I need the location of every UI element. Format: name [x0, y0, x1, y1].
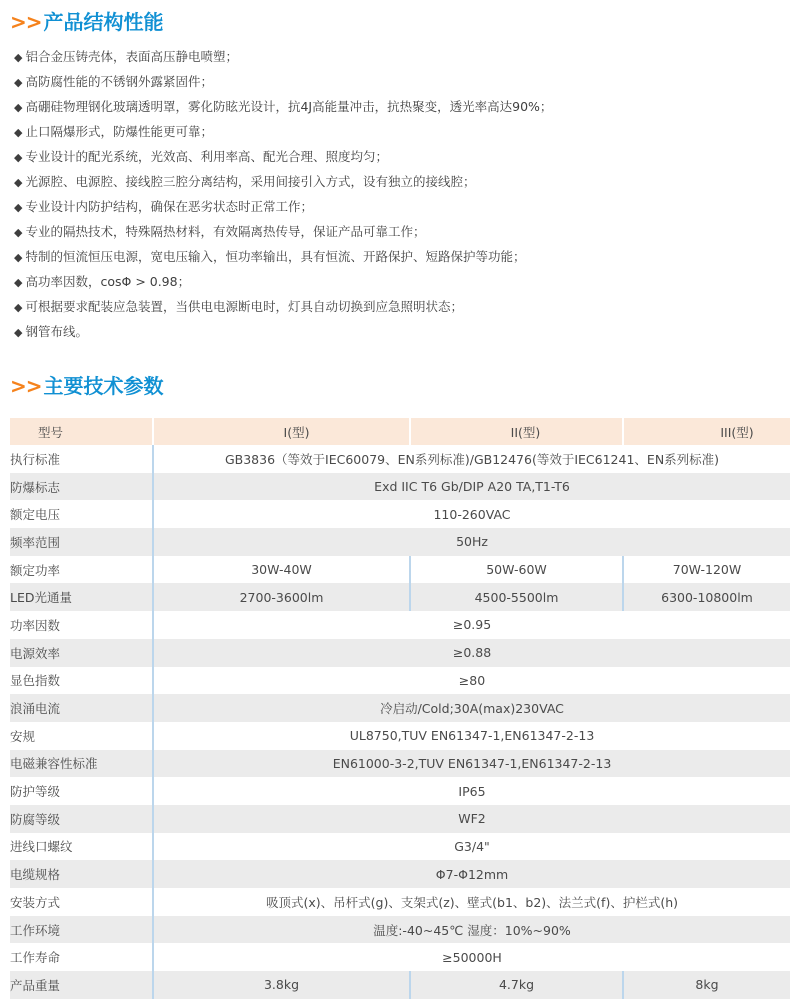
- feature-text: 专业的隔热技术，特殊隔热材料，有效隔离热传导，保证产品可靠工作；: [25, 224, 425, 239]
- header-cell-model: 型号: [10, 418, 153, 445]
- row-value: ≥0.95: [153, 611, 790, 639]
- diamond-bullet-icon: ◆: [14, 226, 22, 239]
- table-row: 防护等级 IP65: [10, 777, 790, 805]
- row-value: Φ7-Φ12mm: [153, 860, 790, 888]
- table-row: 工作寿命 ≥50000H: [10, 943, 790, 971]
- table-row: LED光通量 2700-3600lm 4500-5500lm 6300-1080…: [10, 583, 790, 611]
- chevrons-icon: >>: [10, 374, 42, 398]
- header-cell-type3: III(型): [623, 418, 790, 445]
- row-label: 防护等级: [10, 777, 153, 805]
- row-value-type2: 50W-60W: [410, 556, 623, 584]
- specs-table: 型号 I(型) II(型) III(型) 执行标准 GB3836（等效于IEC6…: [10, 418, 790, 999]
- feature-text: 高防腐性能的不锈钢外露紧固件；: [25, 74, 213, 89]
- row-label: 额定功率: [10, 556, 153, 584]
- feature-item: ◆铝合金压铸壳体，表面高压静电喷塑；: [14, 44, 790, 69]
- table-row: 功率因数 ≥0.95: [10, 611, 790, 639]
- table-row: 电缆规格 Φ7-Φ12mm: [10, 860, 790, 888]
- section-specs: >>主要技术参数 型号 I(型) II(型) III(型) 执行标准 GB383…: [10, 374, 790, 999]
- row-label: 工作环境: [10, 916, 153, 944]
- row-value: ≥0.88: [153, 639, 790, 667]
- table-row: 防爆标志 Exd IIC T6 Gb/DIP A20 TA,T1-T6: [10, 473, 790, 501]
- feature-item: ◆高硼硅物理钢化玻璃透明罩，雾化防眩光设计，抗4J高能量冲击，抗热聚变，透光率高…: [14, 94, 790, 119]
- diamond-bullet-icon: ◆: [14, 251, 22, 264]
- page: { "sections": { "features": { "marker": …: [0, 0, 800, 1000]
- table-row: 执行标准 GB3836（等效于IEC60079、EN系列标准)/GB12476(…: [10, 445, 790, 473]
- feature-item: ◆高防腐性能的不锈钢外露紧固件；: [14, 69, 790, 94]
- feature-text: 铝合金压铸壳体，表面高压静电喷塑；: [25, 49, 238, 64]
- row-value-type2: 4.7kg: [410, 971, 623, 999]
- row-value: 吸顶式(x)、吊杆式(g)、支架式(z)、壁式(b1、b2)、法兰式(f)、护栏…: [153, 888, 790, 916]
- row-label: 额定电压: [10, 500, 153, 528]
- feature-item: ◆光源腔、电源腔、接线腔三腔分离结构，采用间接引入方式，设有独立的接线腔；: [14, 169, 790, 194]
- row-value-type1: 30W-40W: [153, 556, 410, 584]
- row-value: EN61000-3-2,TUV EN61347-1,EN61347-2-13: [153, 750, 790, 778]
- row-value: 冷启动/Cold;30A(max)230VAC: [153, 694, 790, 722]
- row-value: IP65: [153, 777, 790, 805]
- specs-table-body: 执行标准 GB3836（等效于IEC60079、EN系列标准)/GB12476(…: [10, 445, 790, 999]
- row-label: 电磁兼容性标准: [10, 750, 153, 778]
- row-value: 50Hz: [153, 528, 790, 556]
- row-value: 温度:-40~45℃ 湿度：10%~90%: [153, 916, 790, 944]
- feature-list: ◆铝合金压铸壳体，表面高压静电喷塑； ◆高防腐性能的不锈钢外露紧固件； ◆高硼硅…: [10, 44, 790, 344]
- table-row: 安规 UL8750,TUV EN61347-1,EN61347-2-13: [10, 722, 790, 750]
- row-label: 安装方式: [10, 888, 153, 916]
- row-label: 电源效率: [10, 639, 153, 667]
- row-label: 浪涌电流: [10, 694, 153, 722]
- table-row: 防腐等级 WF2: [10, 805, 790, 833]
- row-label: 防爆标志: [10, 473, 153, 501]
- row-label: 执行标准: [10, 445, 153, 473]
- row-label: 频率范围: [10, 528, 153, 556]
- table-header-row: 型号 I(型) II(型) III(型): [10, 418, 790, 445]
- row-label: 产品重量: [10, 971, 153, 999]
- table-row: 工作环境 温度:-40~45℃ 湿度：10%~90%: [10, 916, 790, 944]
- row-value-type2: 4500-5500lm: [410, 583, 623, 611]
- row-label: LED光通量: [10, 583, 153, 611]
- table-row: 频率范围 50Hz: [10, 528, 790, 556]
- section-title-parameters: >>主要技术参数: [10, 374, 790, 398]
- feature-item: ◆可根据要求配装应急装置，当供电电源断电时，灯具自动切换到应急照明状态；: [14, 294, 790, 319]
- diamond-bullet-icon: ◆: [14, 51, 22, 64]
- feature-item: ◆止口隔爆形式，防爆性能更可靠；: [14, 119, 790, 144]
- table-row: 产品重量 3.8kg 4.7kg 8kg: [10, 971, 790, 999]
- document: >>产品结构性能 ◆铝合金压铸壳体，表面高压静电喷塑； ◆高防腐性能的不锈钢外露…: [0, 0, 800, 999]
- feature-item: ◆高功率因数，cosΦ > 0.98；: [14, 269, 790, 294]
- diamond-bullet-icon: ◆: [14, 301, 22, 314]
- diamond-bullet-icon: ◆: [14, 101, 22, 114]
- section-title-text: 主要技术参数: [44, 374, 164, 398]
- row-value-type3: 70W-120W: [623, 556, 790, 584]
- row-value: ≥80: [153, 667, 790, 695]
- diamond-bullet-icon: ◆: [14, 326, 22, 339]
- row-label: 工作寿命: [10, 943, 153, 971]
- feature-text: 可根据要求配装应急装置，当供电电源断电时，灯具自动切换到应急照明状态；: [25, 299, 463, 314]
- feature-item: ◆专业设计内防护结构，确保在恶劣状态时正常工作；: [14, 194, 790, 219]
- chevrons-icon: >>: [10, 10, 42, 34]
- table-row: 电源效率 ≥0.88: [10, 639, 790, 667]
- diamond-bullet-icon: ◆: [14, 126, 22, 139]
- row-value: UL8750,TUV EN61347-1,EN61347-2-13: [153, 722, 790, 750]
- table-row: 显色指数 ≥80: [10, 667, 790, 695]
- table-row: 额定电压 110-260VAC: [10, 500, 790, 528]
- diamond-bullet-icon: ◆: [14, 151, 22, 164]
- table-row: 额定功率 30W-40W 50W-60W 70W-120W: [10, 556, 790, 584]
- feature-text: 止口隔爆形式，防爆性能更可靠；: [25, 124, 213, 139]
- row-value: ≥50000H: [153, 943, 790, 971]
- feature-text: 特制的恒流恒压电源，宽电压输入，恒功率输出，具有恒流、开路保护、短路保护等功能；: [25, 249, 525, 264]
- section-title-structure: >>产品结构性能: [10, 10, 790, 34]
- row-label: 防腐等级: [10, 805, 153, 833]
- header-cell-type2: II(型): [410, 418, 623, 445]
- feature-text: 专业设计的配光系统，光效高、利用率高、配光合理、照度均匀；: [25, 149, 388, 164]
- header-cell-type1: I(型): [153, 418, 410, 445]
- table-row: 浪涌电流 冷启动/Cold;30A(max)230VAC: [10, 694, 790, 722]
- row-label: 安规: [10, 722, 153, 750]
- feature-item: ◆钢管布线。: [14, 319, 790, 344]
- row-label: 显色指数: [10, 667, 153, 695]
- table-row: 电磁兼容性标准 EN61000-3-2,TUV EN61347-1,EN6134…: [10, 750, 790, 778]
- specs-table-header: 型号 I(型) II(型) III(型): [10, 418, 790, 445]
- row-value: WF2: [153, 805, 790, 833]
- row-value: G3/4": [153, 833, 790, 861]
- row-value: 110-260VAC: [153, 500, 790, 528]
- row-value-type3: 6300-10800lm: [623, 583, 790, 611]
- row-value-type1: 2700-3600lm: [153, 583, 410, 611]
- section-title-text: 产品结构性能: [44, 10, 164, 34]
- diamond-bullet-icon: ◆: [14, 276, 22, 289]
- row-label: 进线口螺纹: [10, 833, 153, 861]
- row-value: GB3836（等效于IEC60079、EN系列标准)/GB12476(等效于IE…: [153, 445, 790, 473]
- feature-item: ◆特制的恒流恒压电源，宽电压输入，恒功率输出，具有恒流、开路保护、短路保护等功能…: [14, 244, 790, 269]
- table-row: 安装方式 吸顶式(x)、吊杆式(g)、支架式(z)、壁式(b1、b2)、法兰式(…: [10, 888, 790, 916]
- row-value-type1: 3.8kg: [153, 971, 410, 999]
- row-value-type3: 8kg: [623, 971, 790, 999]
- row-label: 功率因数: [10, 611, 153, 639]
- feature-text: 高硼硅物理钢化玻璃透明罩，雾化防眩光设计，抗4J高能量冲击，抗热聚变，透光率高达…: [25, 99, 552, 114]
- table-row: 进线口螺纹 G3/4": [10, 833, 790, 861]
- diamond-bullet-icon: ◆: [14, 201, 22, 214]
- diamond-bullet-icon: ◆: [14, 76, 22, 89]
- feature-text: 光源腔、电源腔、接线腔三腔分离结构，采用间接引入方式，设有独立的接线腔；: [25, 174, 475, 189]
- row-value: Exd IIC T6 Gb/DIP A20 TA,T1-T6: [153, 473, 790, 501]
- feature-item: ◆专业设计的配光系统，光效高、利用率高、配光合理、照度均匀；: [14, 144, 790, 169]
- diamond-bullet-icon: ◆: [14, 176, 22, 189]
- feature-text: 钢管布线。: [25, 324, 88, 339]
- feature-item: ◆专业的隔热技术，特殊隔热材料，有效隔离热传导，保证产品可靠工作；: [14, 219, 790, 244]
- feature-text: 高功率因数，cosΦ > 0.98；: [25, 274, 190, 289]
- row-label: 电缆规格: [10, 860, 153, 888]
- feature-text: 专业设计内防护结构，确保在恶劣状态时正常工作；: [25, 199, 313, 214]
